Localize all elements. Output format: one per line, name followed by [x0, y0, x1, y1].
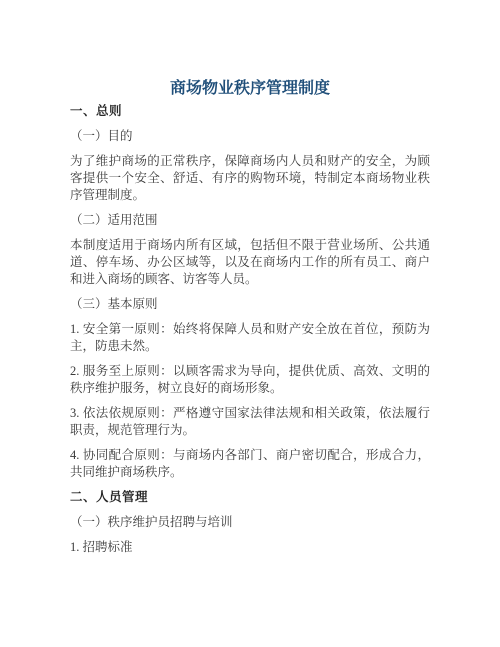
section-heading-personnel-management: 二、人员管理: [70, 489, 430, 506]
sub-heading-recruitment-training: （一）秩序维护员招聘与培训: [70, 514, 430, 531]
paragraph-principle-safety-first: 1. 安全第一原则：始终将保障人员和财产安全放在首位，预防为主，防患未然。: [70, 321, 430, 355]
document-title: 商场物业秩序管理制度: [70, 78, 430, 100]
section-heading-general-rules: 一、总则: [70, 103, 430, 120]
paragraph-purpose: 为了维护商场的正常秩序，保障商场内人员和财产的安全，为顾客提供一个安全、舒适、有…: [70, 153, 430, 204]
sub-heading-scope: （二）适用范围: [70, 212, 430, 229]
paragraph-principle-service-first: 2. 服务至上原则：以顾客需求为导向，提供优质、高效、文明的秩序维护服务，树立良…: [70, 363, 430, 397]
paragraph-scope: 本制度适用于商场内所有区域，包括但不限于营业场所、公共通道、停车场、办公区域等，…: [70, 237, 430, 288]
paragraph-principle-law-compliance: 3. 依法依规原则：严格遵守国家法律法规和相关政策，依法履行职责，规范管理行为。: [70, 405, 430, 439]
paragraph-principle-cooperation: 4. 协同配合原则：与商场内各部门、商户密切配合，形成合力，共同维护商场秩序。: [70, 447, 430, 481]
sub-heading-purpose: （一）目的: [70, 128, 430, 145]
document-page: 商场物业秩序管理制度 一、总则 （一）目的 为了维护商场的正常秩序，保障商场内人…: [0, 0, 500, 647]
sub-heading-basic-principles: （三）基本原则: [70, 296, 430, 313]
paragraph-recruitment-standards: 1. 招聘标准: [70, 539, 430, 556]
